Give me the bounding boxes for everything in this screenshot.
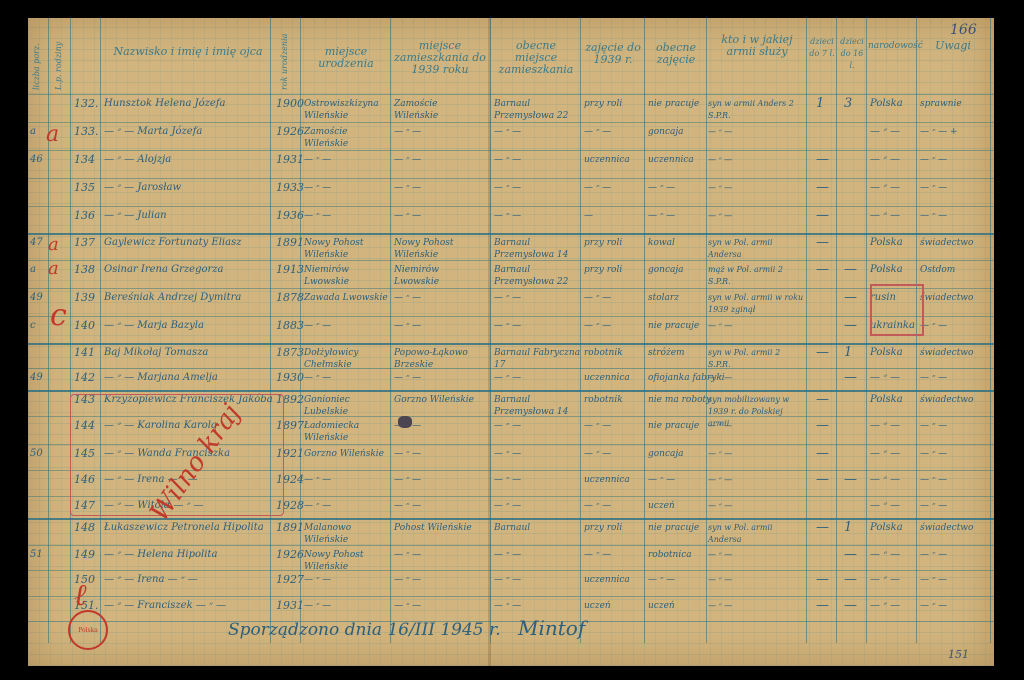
- signature: Mintof: [518, 622, 585, 634]
- cell-army: syn w Pol. armii 2 S.P.R.: [708, 347, 804, 371]
- cell-current: Barnaul Przemysłowa 14: [494, 237, 582, 261]
- cell-doc: świadectwo: [920, 347, 973, 359]
- cell-c16: —: [844, 264, 857, 276]
- cell-army: — ״ —: [708, 182, 804, 194]
- cell-name: — ״ — Marjana Amelja: [104, 372, 218, 384]
- cell-occ1939: — ״ —: [584, 500, 611, 512]
- header-documents: Uwagi: [918, 40, 988, 52]
- cell-current: — ״ —: [494, 292, 582, 304]
- cell-doc: — ״ —: [920, 600, 947, 612]
- cell-no: 149: [74, 549, 95, 561]
- cell-occ1939: uczennica: [584, 372, 630, 384]
- cell-army: — ״ —: [708, 420, 804, 432]
- cell-year: 1931: [276, 154, 304, 166]
- cell-c16: —: [844, 320, 857, 332]
- header-nationality: narodowość: [868, 40, 916, 52]
- cell-nat: — ״ —: [870, 448, 900, 460]
- stamp: Polska: [68, 610, 108, 650]
- cell-current: — ״ —: [494, 126, 582, 138]
- cell-no: 136: [74, 210, 95, 222]
- cell-fam: 47: [30, 237, 43, 249]
- cell-occ1939: robotnik: [584, 347, 623, 359]
- cell-army: — ״ —: [708, 154, 804, 166]
- cell-doc: — ״ —: [920, 474, 947, 486]
- cell-army: syn w Pol. armii Andersa: [708, 522, 804, 546]
- cell-name: — ״ — Marja Bazyla: [104, 320, 204, 332]
- cell-no: 138: [74, 264, 95, 276]
- cell-name: Bereśniak Andrzej Dymitra: [104, 292, 241, 304]
- cell-occ1939: — ״ —: [584, 420, 611, 432]
- cell-birthplace: Malanowo Wileńskie: [304, 522, 392, 546]
- cell-nat: — ״ —: [870, 154, 900, 166]
- cell-c7: 1: [816, 98, 824, 110]
- cell-nat: — ״ —: [870, 574, 900, 586]
- col-divider: [70, 18, 71, 643]
- header-birthplace: miejsce urodzenia: [306, 46, 386, 70]
- cell-current: — ״ —: [494, 600, 582, 612]
- cell-fam: a: [30, 264, 36, 276]
- cell-c7: —: [816, 600, 829, 612]
- col-divider: [644, 18, 645, 643]
- cell-occ1939: — ״ —: [584, 126, 611, 138]
- header-current-occupation: obecne zajęcie: [648, 42, 704, 66]
- cell-doc: — ״ —: [920, 574, 947, 586]
- red-letter-c: c: [50, 298, 67, 333]
- cell-nat: Polska: [870, 522, 903, 534]
- col-divider: [806, 18, 807, 643]
- cell-occ1939: przy roli: [584, 522, 622, 534]
- cell-name: Hunsztok Helena Józefa: [104, 98, 226, 110]
- cell-birthplace: Zamoście Wileńskie: [304, 126, 392, 150]
- cell-year: 1873: [276, 347, 304, 359]
- cell-res1939: — ״ —: [394, 292, 482, 304]
- cell-c7: —: [816, 347, 829, 359]
- cell-army: — ״ —: [708, 126, 804, 138]
- header-army: kto i w jakiej armii służy: [710, 34, 804, 58]
- cell-birthplace: Gonioniec Lubelskie: [304, 394, 392, 418]
- cell-res1939: — ״ —: [394, 182, 482, 194]
- cell-year: 1930: [276, 372, 304, 384]
- cell-year: 1936: [276, 210, 304, 222]
- cell-army: — ״ —: [708, 474, 804, 486]
- cell-res1939: Niemirów Lwowskie: [394, 264, 482, 288]
- cell-name: — ״ — Jarosław: [104, 182, 181, 194]
- cell-birthplace: Dołżyłowicy Chełmskie: [304, 347, 392, 371]
- cell-res1939: Pohost Wileńskie: [394, 522, 482, 534]
- cell-res1939: Nowy Pohost Wileńskie: [394, 237, 482, 261]
- cell-nat: — ״ —: [870, 182, 900, 194]
- cell-current: — ״ —: [494, 372, 582, 384]
- cell-nat: Polska: [870, 98, 903, 110]
- cell-nat: — ״ —: [870, 126, 900, 138]
- cell-birthplace: — ״ —: [304, 210, 392, 222]
- cell-year: 1913: [276, 264, 304, 276]
- cell-no: 133.: [74, 126, 99, 138]
- header-nr: liczba porz.: [32, 34, 41, 90]
- cell-occ1939: przy roli: [584, 98, 622, 110]
- cell-c7: —: [816, 394, 829, 406]
- cell-year: 1891: [276, 237, 304, 249]
- cell-name: — ״ — Alojzja: [104, 154, 171, 166]
- cell-birthplace: Nowy Pohost Wileńskie: [304, 237, 392, 261]
- cell-c16: —: [844, 574, 857, 586]
- cell-doc: sprawnie: [920, 98, 962, 110]
- cell-c16: —: [844, 474, 857, 486]
- cell-c16: 1: [844, 347, 852, 359]
- cell-nat: — ״ —: [870, 210, 900, 222]
- cell-name: — ״ — Julian: [104, 210, 167, 222]
- cell-doc: świadectwo: [920, 522, 973, 534]
- cell-occ1939: — ״ —: [584, 292, 611, 304]
- cell-res1939: — ״ —: [394, 600, 482, 612]
- red-letter-a: a: [46, 122, 59, 147]
- cell-nat: Polska: [870, 237, 903, 249]
- cell-c16: —: [844, 292, 857, 304]
- cell-doc: — ״ —: [920, 549, 947, 561]
- cell-res1939: — ״ —: [394, 549, 482, 561]
- cell-c7: —: [816, 237, 829, 249]
- cell-birthplace: Zawada Lwowskie: [304, 292, 392, 304]
- cell-c7: —: [816, 420, 829, 432]
- red-nationality-box: [870, 284, 924, 336]
- cell-doc: — ״ —: [920, 210, 947, 222]
- red-letter-l: ℓ: [74, 578, 87, 613]
- cell-c16: 1: [844, 522, 852, 534]
- header-children-16: dzieci do 16 l.: [838, 36, 866, 72]
- cell-fam: 50: [30, 448, 43, 460]
- cell-c7: —: [816, 574, 829, 586]
- cell-nat: — ״ —: [870, 500, 900, 512]
- cell-birthplace: — ״ —: [304, 372, 392, 384]
- page-number-bottom: 151: [948, 648, 969, 661]
- page-number-top: 166: [950, 22, 977, 38]
- cell-current: — ״ —: [494, 500, 582, 512]
- cell-c7: —: [816, 154, 829, 166]
- cell-c7: —: [816, 182, 829, 194]
- cell-birthplace: Ładomiecka Wileńskie: [304, 420, 392, 444]
- cell-occ1939: —: [584, 210, 593, 222]
- cell-current: — ״ —: [494, 320, 582, 332]
- cell-army: — ״ —: [708, 500, 804, 512]
- cell-fam: c: [30, 320, 36, 332]
- cell-current: — ״ —: [494, 549, 582, 561]
- cell-occ1939: — ״ —: [584, 320, 611, 332]
- cell-army: syn w Pol. armii Andersa: [708, 237, 804, 261]
- cell-res1939: — ״ —: [394, 320, 482, 332]
- cell-army: — ״ —: [708, 372, 804, 384]
- cell-res1939: Popowo-Łąkowo Brzeskie: [394, 347, 482, 371]
- col-divider: [270, 18, 271, 643]
- cell-current: Barnaul Przemysłowa 22: [494, 98, 582, 122]
- cell-birthplace: — ״ —: [304, 574, 392, 586]
- cell-name: — ״ — Helena Hipolita: [104, 549, 217, 561]
- cell-doc: świadectwo: [920, 394, 973, 406]
- cell-fam: 49: [30, 292, 43, 304]
- cell-birthplace: Gorzno Wileńskie: [304, 448, 392, 460]
- cell-current: Barnaul Przemysłowa 14: [494, 394, 582, 418]
- cell-name: Łukaszewicz Petronela Hipolita: [104, 522, 264, 534]
- cell-army: — ״ —: [708, 448, 804, 460]
- cell-year: 1933: [276, 182, 304, 194]
- cell-doc: — ״ —: [920, 154, 947, 166]
- cell-c7: —: [816, 522, 829, 534]
- cell-doc: — ״ —: [920, 448, 947, 460]
- cell-nat: Polska: [870, 394, 903, 406]
- cell-year: 1931: [276, 600, 304, 612]
- cell-birthplace: — ״ —: [304, 600, 392, 612]
- cell-name: Baj Mikołaj Tomasza: [104, 347, 208, 359]
- cell-c7: —: [816, 210, 829, 222]
- cell-fam: 46: [30, 154, 43, 166]
- cell-occ1939: uczennica: [584, 154, 630, 166]
- cell-fam: a: [30, 126, 36, 138]
- cell-current: Barnaul: [494, 522, 582, 534]
- cell-c7: —: [816, 474, 829, 486]
- cell-army: — ״ —: [708, 574, 804, 586]
- cell-nat: — ״ —: [870, 549, 900, 561]
- cell-occ1939: — ״ —: [584, 182, 611, 194]
- cell-res1939: — ״ —: [394, 500, 482, 512]
- cell-occ1939: uczeń: [584, 600, 611, 612]
- cell-res1939: Zamoście Wileńskie: [394, 98, 482, 122]
- cell-year: 1927: [276, 574, 304, 586]
- cell-birthplace: Niemirów Lwowskie: [304, 264, 392, 288]
- cell-no: 140: [74, 320, 95, 332]
- cell-current: — ״ —: [494, 448, 582, 460]
- cell-birthplace: — ״ —: [304, 154, 392, 166]
- cell-doc: świadectwo: [920, 292, 973, 304]
- header-residence-1939: miejsce zamieszkania do 1939 roku: [394, 40, 486, 76]
- cell-army: — ״ —: [708, 549, 804, 561]
- header-current-residence: obecne miejsce zamieszkania: [494, 40, 578, 76]
- cell-name: — ״ — Marta Józefa: [104, 126, 202, 138]
- cell-doc: Ostdom: [920, 264, 955, 276]
- cell-nat: — ״ —: [870, 420, 900, 432]
- col-divider: [866, 18, 867, 643]
- cell-army: — ״ —: [708, 600, 804, 612]
- col-divider: [990, 18, 991, 643]
- cell-no: 141: [74, 347, 95, 359]
- cell-nat: — ״ —: [870, 474, 900, 486]
- header-birth-year: rok urodzenia: [280, 30, 289, 90]
- header-children-7: dzieci do 7 l.: [808, 36, 836, 60]
- cell-no: 135: [74, 182, 95, 194]
- cell-occ1939: przy roli: [584, 237, 622, 249]
- cell-year: 1926: [276, 549, 304, 561]
- cell-current: — ״ —: [494, 574, 582, 586]
- cell-year: 1883: [276, 320, 304, 332]
- cell-current: — ״ —: [494, 474, 582, 486]
- cell-res1939: — ״ —: [394, 154, 482, 166]
- cell-occ1939: uczennica: [584, 574, 630, 586]
- cell-no: 148: [74, 522, 95, 534]
- cell-c7: —: [816, 264, 829, 276]
- cell-c16: 3: [844, 98, 852, 110]
- cell-army: — ״ —: [708, 320, 804, 332]
- cell-occ1939: robotnik: [584, 394, 623, 406]
- cell-c7: —: [816, 448, 829, 460]
- cell-current: — ״ —: [494, 210, 582, 222]
- cell-doc: — ״ —: [920, 500, 947, 512]
- cell-birthplace: — ״ —: [304, 500, 392, 512]
- register-page: liczba porz. L.p. rodziny Nazwisko i imi…: [28, 18, 994, 666]
- cell-year: 1900: [276, 98, 304, 110]
- cell-name: — ״ — Irena — ״ —: [104, 574, 198, 586]
- cell-year: 1878: [276, 292, 304, 304]
- cell-res1939: — ״ —: [394, 574, 482, 586]
- cell-c16: —: [844, 549, 857, 561]
- cell-fam: 51: [30, 549, 43, 561]
- cell-army: syn w Pol. armii w roku 1939 zginął: [708, 292, 804, 316]
- cell-army: syn w armii Anders 2 S.P.R.: [708, 98, 804, 122]
- col-divider: [490, 18, 491, 643]
- col-divider: [836, 18, 837, 643]
- cell-doc: — ״ —: [920, 320, 947, 332]
- cell-res1939: Gorzno Wileńskie: [394, 394, 482, 406]
- cell-year: 1926: [276, 126, 304, 138]
- header-occupation-1939: zajęcie do 1939 r.: [584, 42, 642, 66]
- col-divider: [48, 18, 49, 643]
- red-letter-a: a: [48, 258, 59, 279]
- header-family-nr: L.p. rodziny: [54, 26, 63, 90]
- cell-no: 142: [74, 372, 95, 384]
- cell-occ1939: uczennica: [584, 474, 630, 486]
- cell-year: 1891: [276, 522, 304, 534]
- cell-doc: — ״ — +: [920, 126, 958, 138]
- cell-no: 132.: [74, 98, 99, 110]
- cell-birthplace: — ״ —: [304, 182, 392, 194]
- cell-res1939: — ״ —: [394, 210, 482, 222]
- cell-name: Gaylewicz Fortunaty Eliasz: [104, 237, 241, 249]
- cell-fam: 49: [30, 372, 43, 384]
- cell-current: Barnaul Fabryczna 17: [494, 347, 582, 371]
- prepared-date: Sporządzono dnia 16/III 1945 r.: [228, 624, 501, 636]
- cell-army: mąż w Pol. armii 2 S.P.R.: [708, 264, 804, 288]
- cell-occ1939: przy roli: [584, 264, 622, 276]
- header-name: Nazwisko i imię i imię ojca: [108, 46, 268, 58]
- cell-c16: —: [844, 372, 857, 384]
- cell-birthplace: — ״ —: [304, 474, 392, 486]
- red-letter-a: a: [48, 234, 59, 255]
- cell-nat: Polska: [870, 264, 903, 276]
- cell-army: — ״ —: [708, 210, 804, 222]
- cell-nat: — ״ —: [870, 600, 900, 612]
- cell-no: 139: [74, 292, 95, 304]
- cell-nat: — ״ —: [870, 372, 900, 384]
- cell-res1939: — ״ —: [394, 372, 482, 384]
- cell-doc: — ״ —: [920, 182, 947, 194]
- cell-occ1939: — ״ —: [584, 448, 611, 460]
- col-divider: [100, 18, 101, 643]
- cell-res1939: — ״ —: [394, 126, 482, 138]
- ink-stain: [398, 416, 412, 428]
- cell-name: Osinar Irena Grzegorza: [104, 264, 224, 276]
- cell-c16: —: [844, 600, 857, 612]
- cell-nat: Polska: [870, 347, 903, 359]
- cell-birthplace: Nowy Pohost Wileńskie: [304, 549, 392, 573]
- cell-res1939: — ״ —: [394, 474, 482, 486]
- cell-no: 137: [74, 237, 95, 249]
- cell-current: — ״ —: [494, 182, 582, 194]
- cell-current: — ״ —: [494, 154, 582, 166]
- cell-doc: — ״ —: [920, 372, 947, 384]
- cell-birthplace: Ostrowiszkizyna Wileńskie: [304, 98, 392, 122]
- cell-occ1939: — ״ —: [584, 549, 611, 561]
- cell-current: Barnaul Przemysłowa 22: [494, 264, 582, 288]
- cell-name: — ״ — Franciszek — ״ —: [104, 600, 226, 612]
- cell-res1939: — ״ —: [394, 448, 482, 460]
- cell-birthplace: — ״ —: [304, 320, 392, 332]
- cell-current: — ״ —: [494, 420, 582, 432]
- cell-doc: świadectwo: [920, 237, 973, 249]
- cell-no: 134: [74, 154, 95, 166]
- cell-doc: — ״ —: [920, 420, 947, 432]
